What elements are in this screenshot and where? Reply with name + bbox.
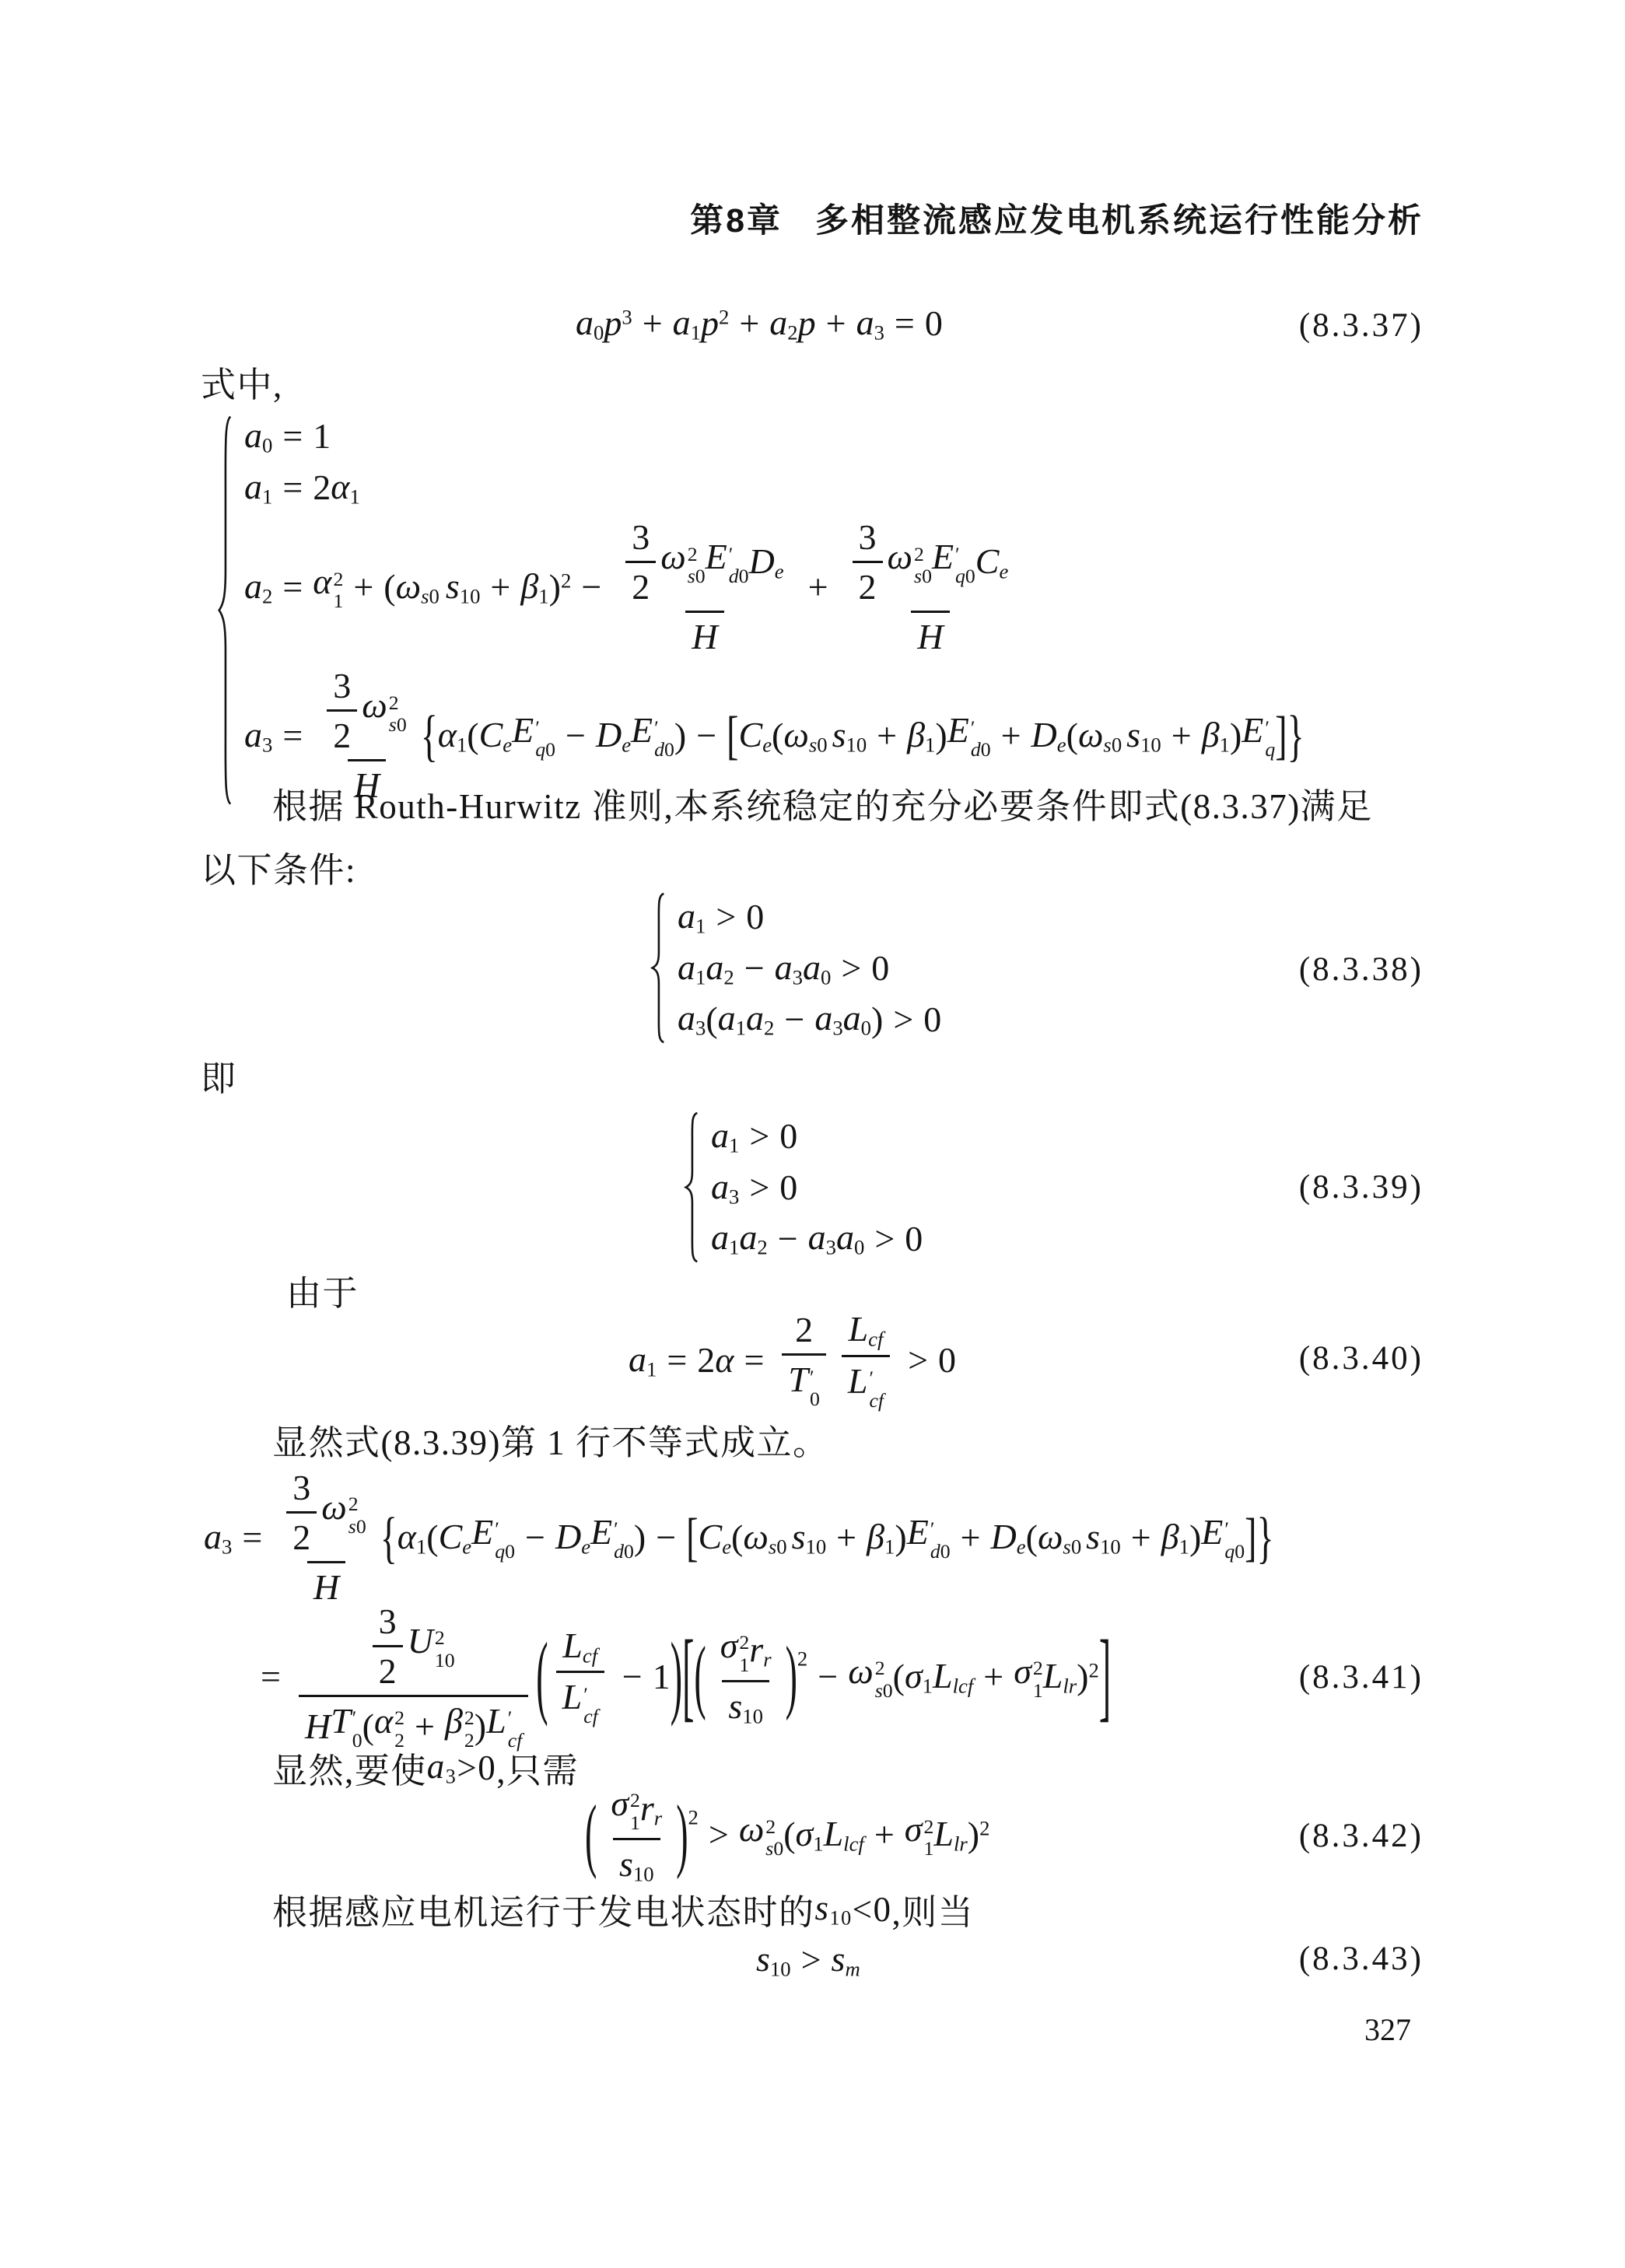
paragraph-a3-positive: 显然,要使 a3>0,只需 (272, 1742, 579, 1793)
chapter-label: 第8章 (690, 194, 783, 242)
left-brace (216, 411, 233, 810)
left-brace (650, 891, 667, 1045)
equation-8-3-42: (σ21rrs10)2>ω2s0(σ1Llcf+σ21Llr)2 (585, 1783, 989, 1887)
stability-conditions-system: a1>0a1a2−a3a0>0a3(a1a2−a3a0)>0 (650, 891, 941, 1045)
cases-lines: a1>0a1a2−a3a0>0a3(a1a2−a3a0)>0 (678, 891, 941, 1045)
running-header: 第8章 多相整流感应发电机系统运行性能分析 (690, 194, 1424, 242)
paragraph-first-row-holds: 显然式(8.3.39)第 1 行不等式成立。 (272, 1414, 828, 1465)
equation-8-3-37: a0p3+a1p2+a2p+a3=0 (576, 302, 943, 345)
text-youyu: 由于 (286, 1265, 359, 1315)
coefficient-definitions-system: a0=1a1=2α1a2=α21+(ωs0s10+β1)2−32ω2s0E′d0… (216, 411, 1305, 810)
equation-8-3-43: s10>sm (756, 1938, 860, 1982)
equation-a3-expansion: a3=32ω2s0H{α1(CeE′q0−DeE′d0)−[Ce(ωs0s10+… (204, 1467, 1274, 1608)
left-brace (683, 1111, 700, 1264)
equation-8-3-40: a1=2α=2T′0LcfL′cf>0 (629, 1308, 956, 1412)
eqno-8-3-42: (8.3.42) (1299, 1817, 1424, 1855)
cases-lines: a1>0a3>0a1a2−a3a0>0 (711, 1111, 923, 1264)
chapter-title: 多相整流感应发电机系统运行性能分析 (815, 194, 1424, 242)
paragraph-routh-hurwitz: 根据 Routh-Hurwitz 准则,本系统稳定的充分必要条件即式(8.3.3… (272, 778, 1373, 828)
book-page: 第8章 多相整流感应发电机系统运行性能分析 a0p3+a1p2+a2p+a3=0… (0, 0, 1625, 2268)
page-number: 327 (1364, 2011, 1411, 2048)
simplified-conditions-system: a1>0a3>0a1a2−a3a0>0 (683, 1111, 923, 1264)
paragraph-routh-hurwitz-cont: 以下条件: (201, 842, 356, 892)
cases-lines: a0=1a1=2α1a2=α21+(ωs0s10+β1)2−32ω2s0E′d0… (244, 411, 1305, 810)
eqno-8-3-39: (8.3.39) (1299, 1168, 1424, 1206)
eqno-8-3-40: (8.3.40) (1299, 1339, 1424, 1377)
eqno-8-3-41: (8.3.41) (1299, 1658, 1424, 1696)
eqno-8-3-43: (8.3.43) (1299, 1940, 1424, 1978)
text-ji: 即 (201, 1050, 237, 1101)
eqno-8-3-37: (8.3.37) (1299, 306, 1424, 345)
equation-8-3-41: =32U210HT′0(α22+β22)L′cf(LcfL′cf−1)[(σ21… (250, 1601, 1111, 1752)
text-shizhong: 式中, (201, 356, 283, 407)
paragraph-generator-state: 根据感应电机运行于发电状态时的 s10<0,则当 (272, 1884, 974, 1934)
eqno-8-3-38: (8.3.38) (1299, 950, 1424, 989)
